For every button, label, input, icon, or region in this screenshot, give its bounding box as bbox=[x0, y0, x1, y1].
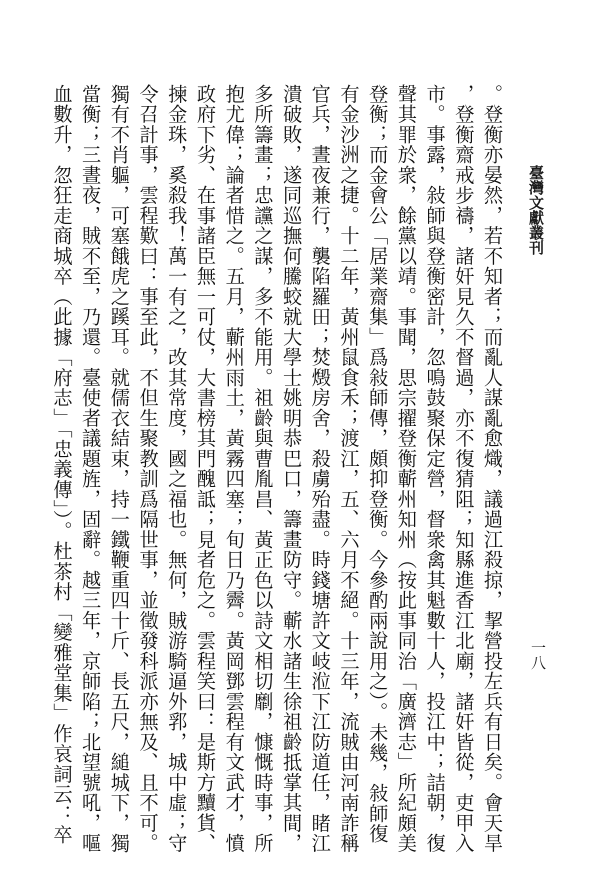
book-page: 臺灣文獻叢刊 一八 。登衡亦晏然，若不知者；而亂人謀亂愈熾，議過江殺掠，挈營投左… bbox=[0, 0, 600, 881]
text-column: 官兵，晝夜兼行，襲陷羅田；焚燬房舍，殺虜殆盡。時錢塘許文岐涖下江防道任，睹江 bbox=[305, 84, 334, 866]
text-column: 令召計事，雲程歎曰：事至此，不但生聚教訓爲隔世事，並徵發科派亦無及、且不可。 bbox=[133, 84, 162, 866]
text-column: 多所籌畫；忠讜之謀，多不能用。祖齡與曹胤昌、黃正色以詩文相切劘，慷慨時事，所 bbox=[248, 84, 277, 866]
text-column: 政府下劣、在事諸臣無一可仗，大書榜其門醜詆；見者危之。雲程笑曰：是斯方黷貨、 bbox=[190, 84, 219, 866]
text-column: 當衡；三晝夜，賊不至，乃還。臺使者議題旌，固辭。越三年，京師陷；北望號吼，嘔 bbox=[75, 84, 104, 866]
text-column: ，登衡齋戒步禱，諸奸見久不督過，亦不復猜阻；知縣進香江北廟，諸奸皆從，吏甲入 bbox=[449, 84, 478, 866]
text-column: 市。事露，敍師與登衡密計，忽鳴鼓聚保定營，督衆禽其魁數十人，投江中；詰朝，復 bbox=[420, 84, 449, 866]
text-column: 抱尤偉；論者惜之。五月，蘄州雨土，黃霧四塞；旬日乃霽。黃岡鄧雲程有文武才，憤 bbox=[219, 84, 248, 866]
text-column: 揀金珠，奚殺我！萬一有之，改其常度，國之福也。無何，賊游騎逼外郛，城中虛；守 bbox=[162, 84, 191, 866]
text-column: 潰破敗，遂同巡撫何騰蛟就大學士姚明恭巴口，籌畫防守。蘄水諸生徐祖齡抵掌其間， bbox=[276, 84, 305, 866]
page-number: 一八 bbox=[530, 640, 546, 670]
text-column: 聲其罪於衆，餘黨以靖。事聞，思宗擢登衡蘄州知州（按此事同治「廣濟志」所紀頗美 bbox=[391, 84, 420, 866]
text-column: 血數升，忽狂走商城卒（此據「府志」「忠義傳」）。杜茶村「變雅堂集」作哀詞云：卒 bbox=[47, 84, 76, 866]
vertical-body-text: 。登衡亦晏然，若不知者；而亂人謀亂愈熾，議過江殺掠，挈營投左兵有日矣。會天旱 ，… bbox=[47, 84, 506, 866]
running-title: 臺灣文獻叢刊 bbox=[528, 165, 544, 255]
text-column: 登衡；而金會公「居業齋集」爲敍師傳，頗抑登衡。今參酌兩說用之）。未幾，敍師復 bbox=[362, 84, 391, 866]
text-column: 。登衡亦晏然，若不知者；而亂人謀亂愈熾，議過江殺掠，挈營投左兵有日矣。會天旱 bbox=[477, 84, 506, 866]
text-column: 有金沙洲之捷。十二年，黃州鼠食禾；渡江，五、六月不絕。十三年，流賊由河南詐稱 bbox=[334, 84, 363, 866]
text-column: 獨有不肖軀，可塞餓虎之蹊耳。就儒衣結束，持一鐵鞭重四十斤、長五尺，縋城下，獨 bbox=[104, 84, 133, 866]
